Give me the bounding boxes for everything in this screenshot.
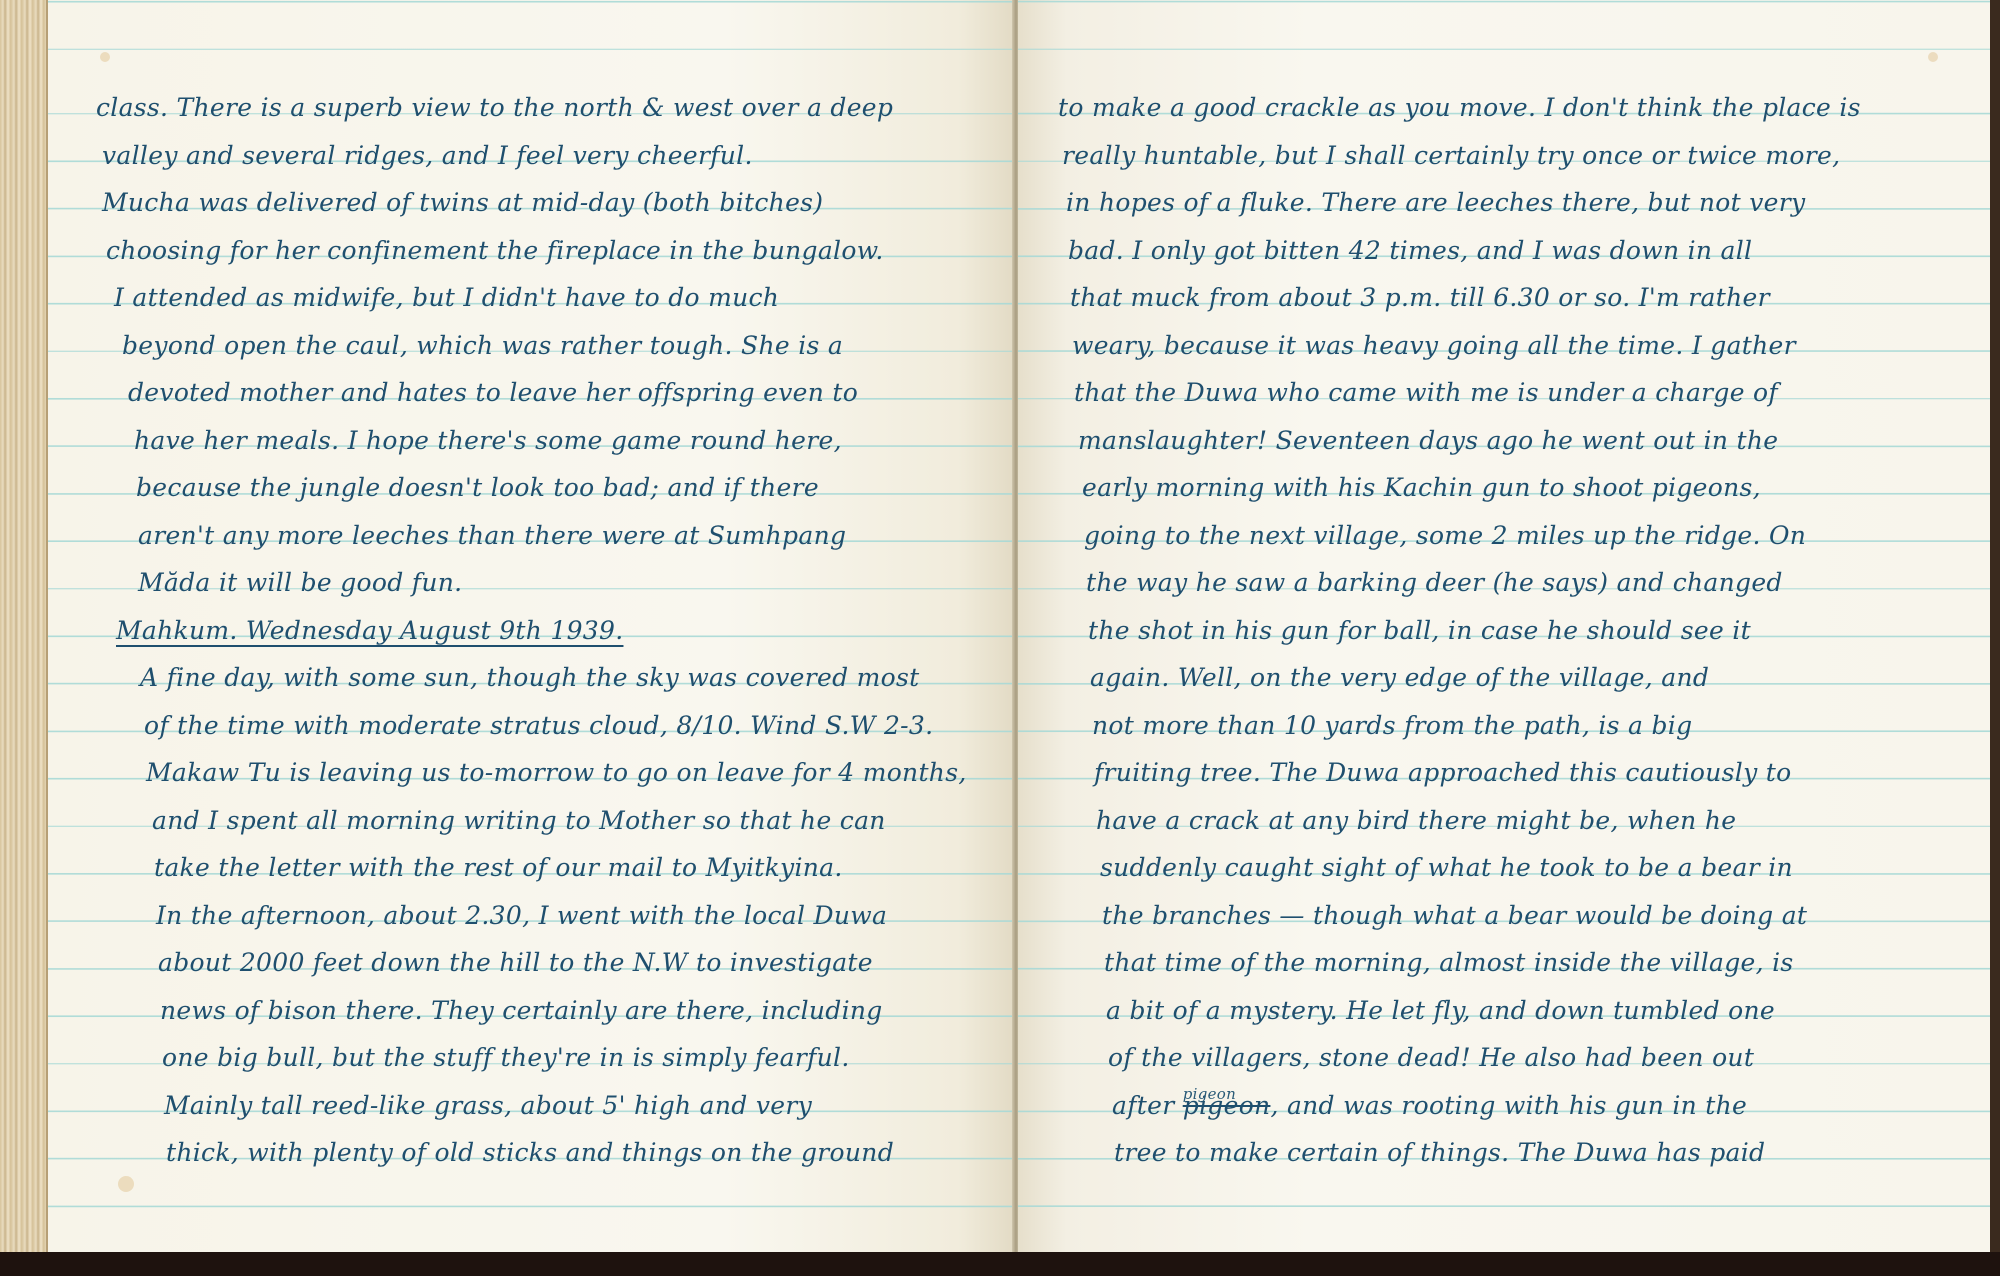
line-text: and I spent all morning writing to Mothe… — [152, 806, 886, 835]
handwritten-line: have a crack at any bird there might be,… — [1058, 797, 2000, 845]
line-text: weary, because it was heavy going all th… — [1072, 331, 1796, 360]
line-text: a bit of a mystery. He let fly, and down… — [1106, 996, 1775, 1025]
handwritten-line: early morning with his Kachin gun to sho… — [1058, 464, 2000, 512]
line-text: going to the next village, some 2 miles … — [1084, 521, 1806, 550]
handwritten-line: suddenly caught sight of what he took to… — [1058, 844, 2000, 892]
handwritten-line: about 2000 feet down the hill to the N.W… — [96, 939, 1064, 987]
line-text: about 2000 feet down the hill to the N.W… — [158, 948, 873, 977]
corrected-word: pigeonpigeon — [1183, 1091, 1271, 1120]
handwritten-line: and I spent all morning writing to Mothe… — [96, 797, 1064, 845]
handwritten-line: Măda it will be good fun. — [96, 559, 1064, 607]
handwritten-line: news of bison there. They certainly are … — [96, 987, 1064, 1035]
handwritten-line: weary, because it was heavy going all th… — [1058, 322, 2000, 370]
handwritten-line: of the time with moderate stratus cloud,… — [96, 702, 1064, 750]
line-text: Mahkum. Wednesday August 9th 1939. — [116, 616, 623, 645]
inserted-correction: pigeon — [1183, 1071, 1236, 1119]
handwritten-line: devoted mother and hates to leave her of… — [96, 369, 1064, 417]
line-text: that muck from about 3 p.m. till 6.30 or… — [1070, 283, 1770, 312]
handwritten-line: choosing for her confinement the firepla… — [96, 227, 1064, 275]
line-text: the shot in his gun for ball, in case he… — [1088, 616, 1751, 645]
line-text: A fine day, with some sun, though the sk… — [140, 663, 920, 692]
line-text: devoted mother and hates to leave her of… — [128, 378, 858, 407]
handwritten-line: beyond open the caul, which was rather t… — [96, 322, 1064, 370]
right-page-text: to make a good crackle as you move. I do… — [1018, 84, 2000, 1177]
foxing-spot — [1928, 52, 1938, 62]
handwritten-line: thick, with plenty of old sticks and thi… — [96, 1129, 1064, 1177]
line-text: really huntable, but I shall certainly t… — [1062, 141, 1840, 170]
handwritten-line: I attended as midwife, but I didn't have… — [96, 274, 1064, 322]
handwritten-line: valley and several ridges, and I feel ve… — [96, 132, 1064, 180]
handwritten-line: tree to make certain of things. The Duwa… — [1058, 1129, 2000, 1177]
line-text: after pigeonpigeon, and was rooting with… — [1112, 1091, 1747, 1120]
foxing-spot — [100, 52, 110, 62]
line-text: suddenly caught sight of what he took to… — [1100, 853, 1793, 882]
line-text: not more than 10 yards from the path, is… — [1092, 711, 1692, 740]
line-text: of the villagers, stone dead! He also ha… — [1108, 1043, 1754, 1072]
line-text: beyond open the caul, which was rather t… — [122, 331, 843, 360]
line-text: In the afternoon, about 2.30, I went wit… — [156, 901, 887, 930]
line-text: fruiting tree. The Duwa approached this … — [1094, 758, 1791, 787]
book-cover-edge — [1990, 0, 2000, 1252]
line-text: Mainly tall reed-like grass, about 5' hi… — [164, 1091, 812, 1120]
line-text: I attended as midwife, but I didn't have… — [114, 283, 779, 312]
handwritten-line: after pigeonpigeon, and was rooting with… — [1058, 1082, 2000, 1130]
line-text: tree to make certain of things. The Duwa… — [1114, 1138, 1765, 1167]
line-text: bad. I only got bitten 42 times, and I w… — [1068, 236, 1752, 265]
handwritten-line: the branches — though what a bear would … — [1058, 892, 2000, 940]
foxing-spot — [118, 1176, 134, 1192]
line-text: have her meals. I hope there's some game… — [134, 426, 842, 455]
handwritten-line: that muck from about 3 p.m. till 6.30 or… — [1058, 274, 2000, 322]
line-text: one big bull, but the stuff they're in i… — [162, 1043, 850, 1072]
line-text: Măda it will be good fun. — [138, 568, 462, 597]
handwritten-line: A fine day, with some sun, though the sk… — [96, 654, 1064, 702]
handwritten-line: class. There is a superb view to the nor… — [96, 84, 1064, 132]
handwritten-line: to make a good crackle as you move. I do… — [1058, 84, 2000, 132]
handwritten-line: aren't any more leeches than there were … — [96, 512, 1064, 560]
handwritten-line: a bit of a mystery. He let fly, and down… — [1058, 987, 2000, 1035]
line-text: the way he saw a barking deer (he says) … — [1086, 568, 1783, 597]
line-text: news of bison there. They certainly are … — [160, 996, 883, 1025]
line-text: because the jungle doesn't look too bad;… — [136, 473, 819, 502]
line-text: to make a good crackle as you move. I do… — [1058, 93, 1861, 122]
handwritten-line: going to the next village, some 2 miles … — [1058, 512, 2000, 560]
book-cover-bottom — [0, 1252, 2000, 1276]
page-block-edges — [0, 0, 48, 1252]
handwritten-line: not more than 10 yards from the path, is… — [1058, 702, 2000, 750]
handwritten-line: the way he saw a barking deer (he says) … — [1058, 559, 2000, 607]
line-text: the branches — though what a bear would … — [1102, 901, 1807, 930]
handwritten-line: Makaw Tu is leaving us to-morrow to go o… — [96, 749, 1064, 797]
line-text: Mucha was delivered of twins at mid-day … — [102, 188, 823, 217]
line-text: choosing for her confinement the firepla… — [106, 236, 884, 265]
handwritten-line: that the Duwa who came with me is under … — [1058, 369, 2000, 417]
handwritten-line: Mucha was delivered of twins at mid-day … — [96, 179, 1064, 227]
left-page-text: class. There is a superb view to the nor… — [48, 84, 1064, 1177]
line-text: Makaw Tu is leaving us to-morrow to go o… — [146, 758, 967, 787]
line-text: that time of the morning, almost inside … — [1104, 948, 1794, 977]
line-text: have a crack at any bird there might be,… — [1096, 806, 1736, 835]
handwritten-line: bad. I only got bitten 42 times, and I w… — [1058, 227, 2000, 275]
handwritten-line: fruiting tree. The Duwa approached this … — [1058, 749, 2000, 797]
handwritten-line: take the letter with the rest of our mai… — [96, 844, 1064, 892]
left-page: class. There is a superb view to the nor… — [48, 0, 1016, 1252]
line-text: valley and several ridges, and I feel ve… — [102, 141, 753, 170]
handwritten-line: Mainly tall reed-like grass, about 5' hi… — [96, 1082, 1064, 1130]
handwritten-line: have her meals. I hope there's some game… — [96, 417, 1064, 465]
line-text: early morning with his Kachin gun to sho… — [1082, 473, 1761, 502]
handwritten-line: manslaughter! Seventeen days ago he went… — [1058, 417, 2000, 465]
handwritten-line: really huntable, but I shall certainly t… — [1058, 132, 2000, 180]
line-text: manslaughter! Seventeen days ago he went… — [1078, 426, 1778, 455]
right-page: to make a good crackle as you move. I do… — [1018, 0, 1990, 1252]
handwritten-line: in hopes of a fluke. There are leeches t… — [1058, 179, 2000, 227]
entry-heading: Mahkum. Wednesday August 9th 1939. — [96, 607, 1064, 655]
open-diary: class. There is a superb view to the nor… — [0, 0, 2000, 1252]
handwritten-line: because the jungle doesn't look too bad;… — [96, 464, 1064, 512]
line-text: aren't any more leeches than there were … — [138, 521, 846, 550]
line-text: thick, with plenty of old sticks and thi… — [166, 1138, 894, 1167]
line-text: class. There is a superb view to the nor… — [96, 93, 893, 122]
handwritten-line: that time of the morning, almost inside … — [1058, 939, 2000, 987]
handwritten-line: the shot in his gun for ball, in case he… — [1058, 607, 2000, 655]
line-text: that the Duwa who came with me is under … — [1074, 378, 1778, 407]
line-text: of the time with moderate stratus cloud,… — [144, 711, 933, 740]
handwritten-line: one big bull, but the stuff they're in i… — [96, 1034, 1064, 1082]
line-text: again. Well, on the very edge of the vil… — [1090, 663, 1709, 692]
handwritten-line: again. Well, on the very edge of the vil… — [1058, 654, 2000, 702]
line-text: in hopes of a fluke. There are leeches t… — [1066, 188, 1805, 217]
handwritten-line: In the afternoon, about 2.30, I went wit… — [96, 892, 1064, 940]
line-text: take the letter with the rest of our mai… — [154, 853, 843, 882]
